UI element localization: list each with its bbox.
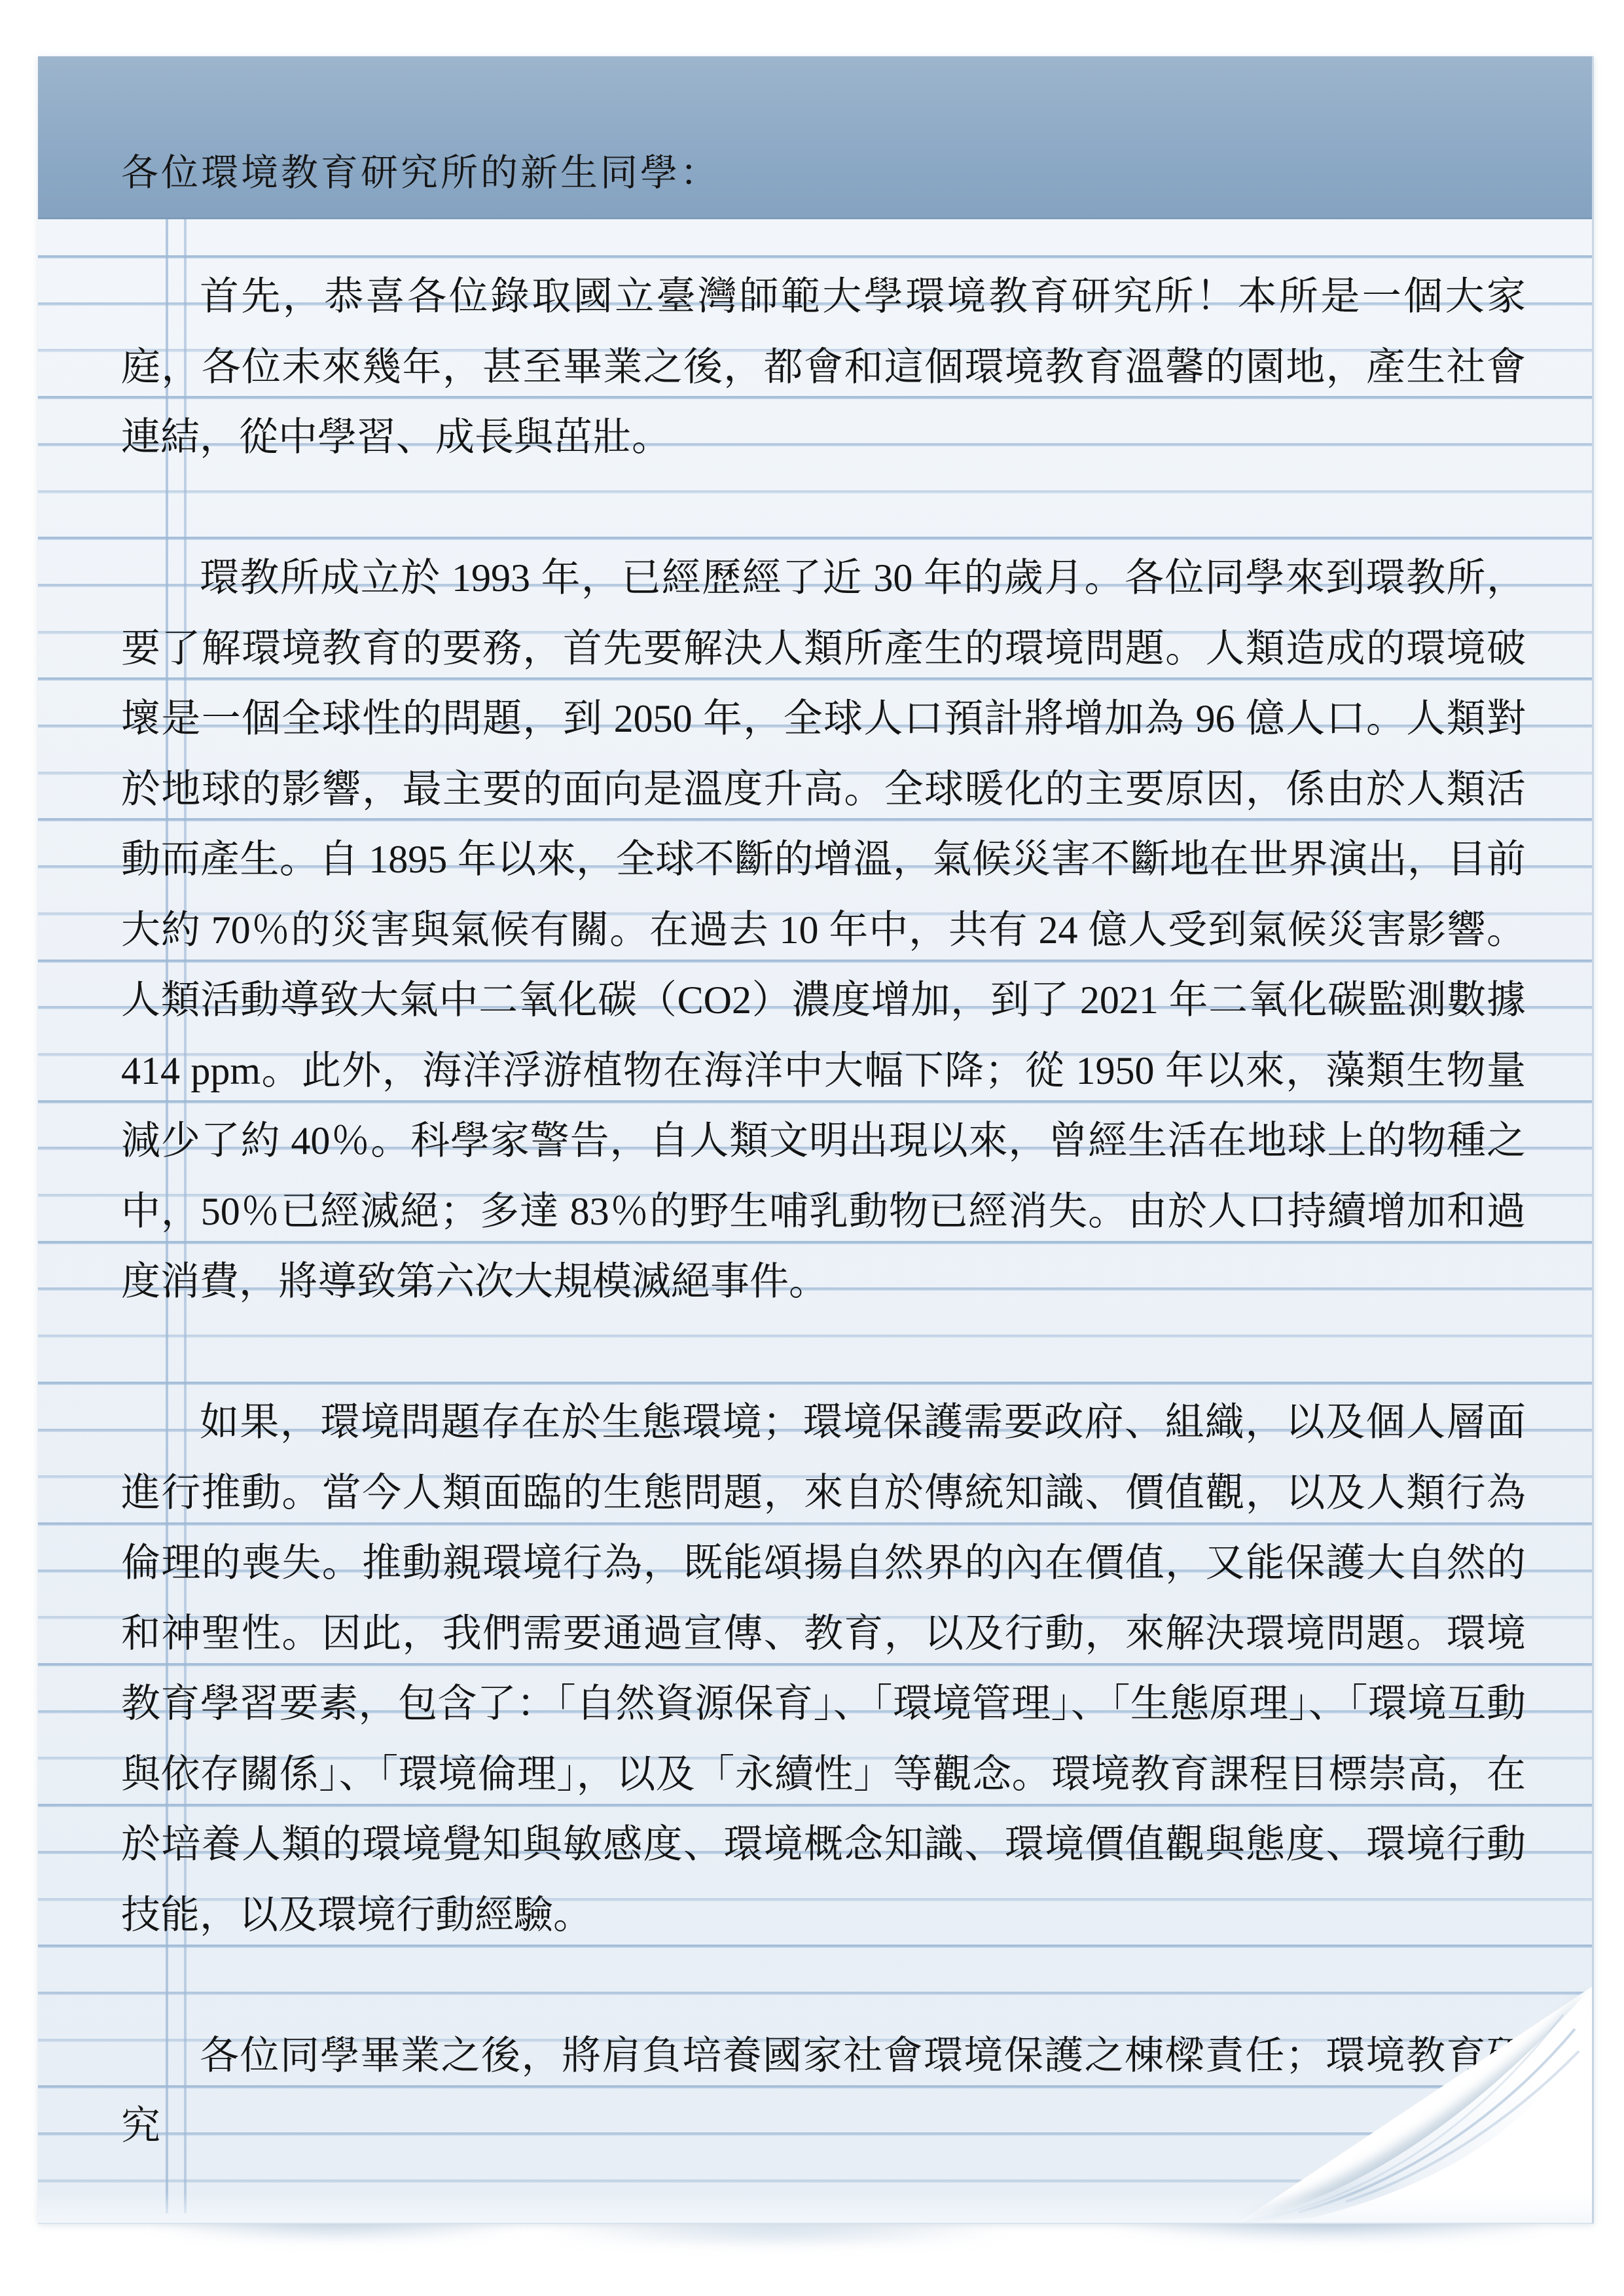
letter-paragraph: 首先，恭喜各位錄取國立臺灣師範大學環境教育研究所！本所是一個大家庭，各位未來幾年… bbox=[121, 262, 1526, 473]
letter-paragraph: 環教所成立於 1993 年，已經歷經了近 30 年的歲月。各位同學來到環教所，要… bbox=[121, 543, 1526, 1318]
rule-line bbox=[38, 255, 1592, 259]
letterhead-band: 各位環境教育研究所的新生同學： bbox=[38, 56, 1592, 219]
letter-body: 首先，恭喜各位錄取國立臺灣師範大學環境教育研究所！本所是一個大家庭，各位未來幾年… bbox=[121, 262, 1526, 2162]
salutation: 各位環境教育研究所的新生同學： bbox=[121, 153, 720, 194]
page-curl-graphic bbox=[1236, 1987, 1592, 2223]
letter-paragraph: 如果，環境問題存在於生態環境；環境保護需要政府、組織，以及個人層面進行推動。當今… bbox=[121, 1388, 1526, 1950]
notepad-page: 各位環境教育研究所的新生同學： 首先，恭喜各位錄取國立臺灣師範大學環境教育研究所… bbox=[38, 56, 1594, 2224]
page-curl bbox=[1236, 1987, 1592, 2223]
